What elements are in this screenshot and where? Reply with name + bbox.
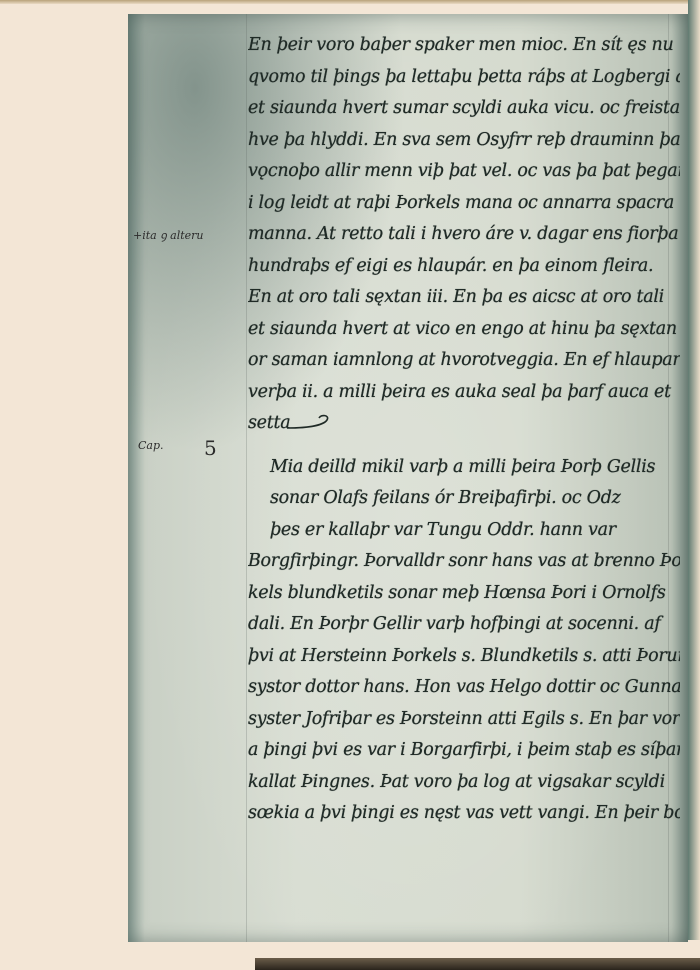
margin-note: +ita ꝯ alteru	[133, 228, 204, 243]
text-line: Borgfirþingr. Þorvalldr sonr hans vas at…	[248, 546, 680, 578]
text-line: En at oro tali sęxtan iii. En þa es aics…	[248, 282, 680, 314]
text-line: verþa ii. a milli þeira es auka seal þa …	[248, 377, 680, 409]
text-line: qvomo til þings þa lettaþu þetta ráþs at…	[248, 62, 680, 94]
text-line: i log leidt at raþi Þorkels mana oc anna…	[248, 188, 680, 220]
text-line: þvi at Hersteinn Þorkels s. Blundketils …	[248, 641, 680, 673]
text-line: et siaunda hvert at vico en engo at hinu…	[248, 314, 680, 346]
text-line: hve þa hlyddi. En sva sem Osyfrr reþ dra…	[248, 125, 680, 157]
line-end-flourish	[285, 412, 335, 432]
text-line: kels blundketils sonar meþ Hœnsa Þori i …	[248, 578, 680, 610]
text-line: En þeir voro baþer spaker men mioc. En s…	[248, 30, 680, 62]
text-line: hundraþs ef eigi es hlaupár. en þa einom…	[248, 251, 680, 283]
chapter-number: 5	[204, 436, 217, 460]
text-line: manna. At retto tali i hvero áre v. daga…	[248, 219, 680, 251]
text-line: dali. En Þorþr Gellir varþ hofþingi at s…	[248, 609, 680, 641]
text-line: Mia deilld mikil varþ a milli þeira Þorþ…	[248, 452, 680, 484]
book-bottom-edge	[255, 958, 700, 970]
text-line: sonar Olafs feilans ór Breiþafirþi. oc O…	[248, 483, 680, 515]
text-line: et siaunda hvert sumar scyldi auka vicu.…	[248, 93, 680, 125]
page-gutter-shadow	[688, 0, 700, 940]
text-line: kallat Þingnes. Þat voro þa log at vigsa…	[248, 767, 680, 799]
text-line: systor dottor hans. Hon vas Helgo dottir…	[248, 672, 680, 704]
text-line: þes er kallaþr var Tungu Oddr. hann var	[248, 515, 680, 547]
text-line: syster Jofriþar es Þorsteinn atti Egils …	[248, 704, 680, 736]
book-top-edge	[0, 0, 700, 4]
chapter-label: Cap.	[138, 439, 164, 452]
text-line: sœkia a þvi þingi es nęst vas vett vangi…	[248, 798, 680, 830]
text-line: or saman iamnlong at hvorotveggia. En ef…	[248, 345, 680, 377]
text-line: a þingi þvi es var i Borgarfirþi, i þeim…	[248, 735, 680, 767]
text-line: vǫcnoþo allir menn viþ þat vel. oc vas þ…	[248, 156, 680, 188]
chapter-break	[248, 440, 680, 452]
ruling-line	[246, 14, 247, 942]
